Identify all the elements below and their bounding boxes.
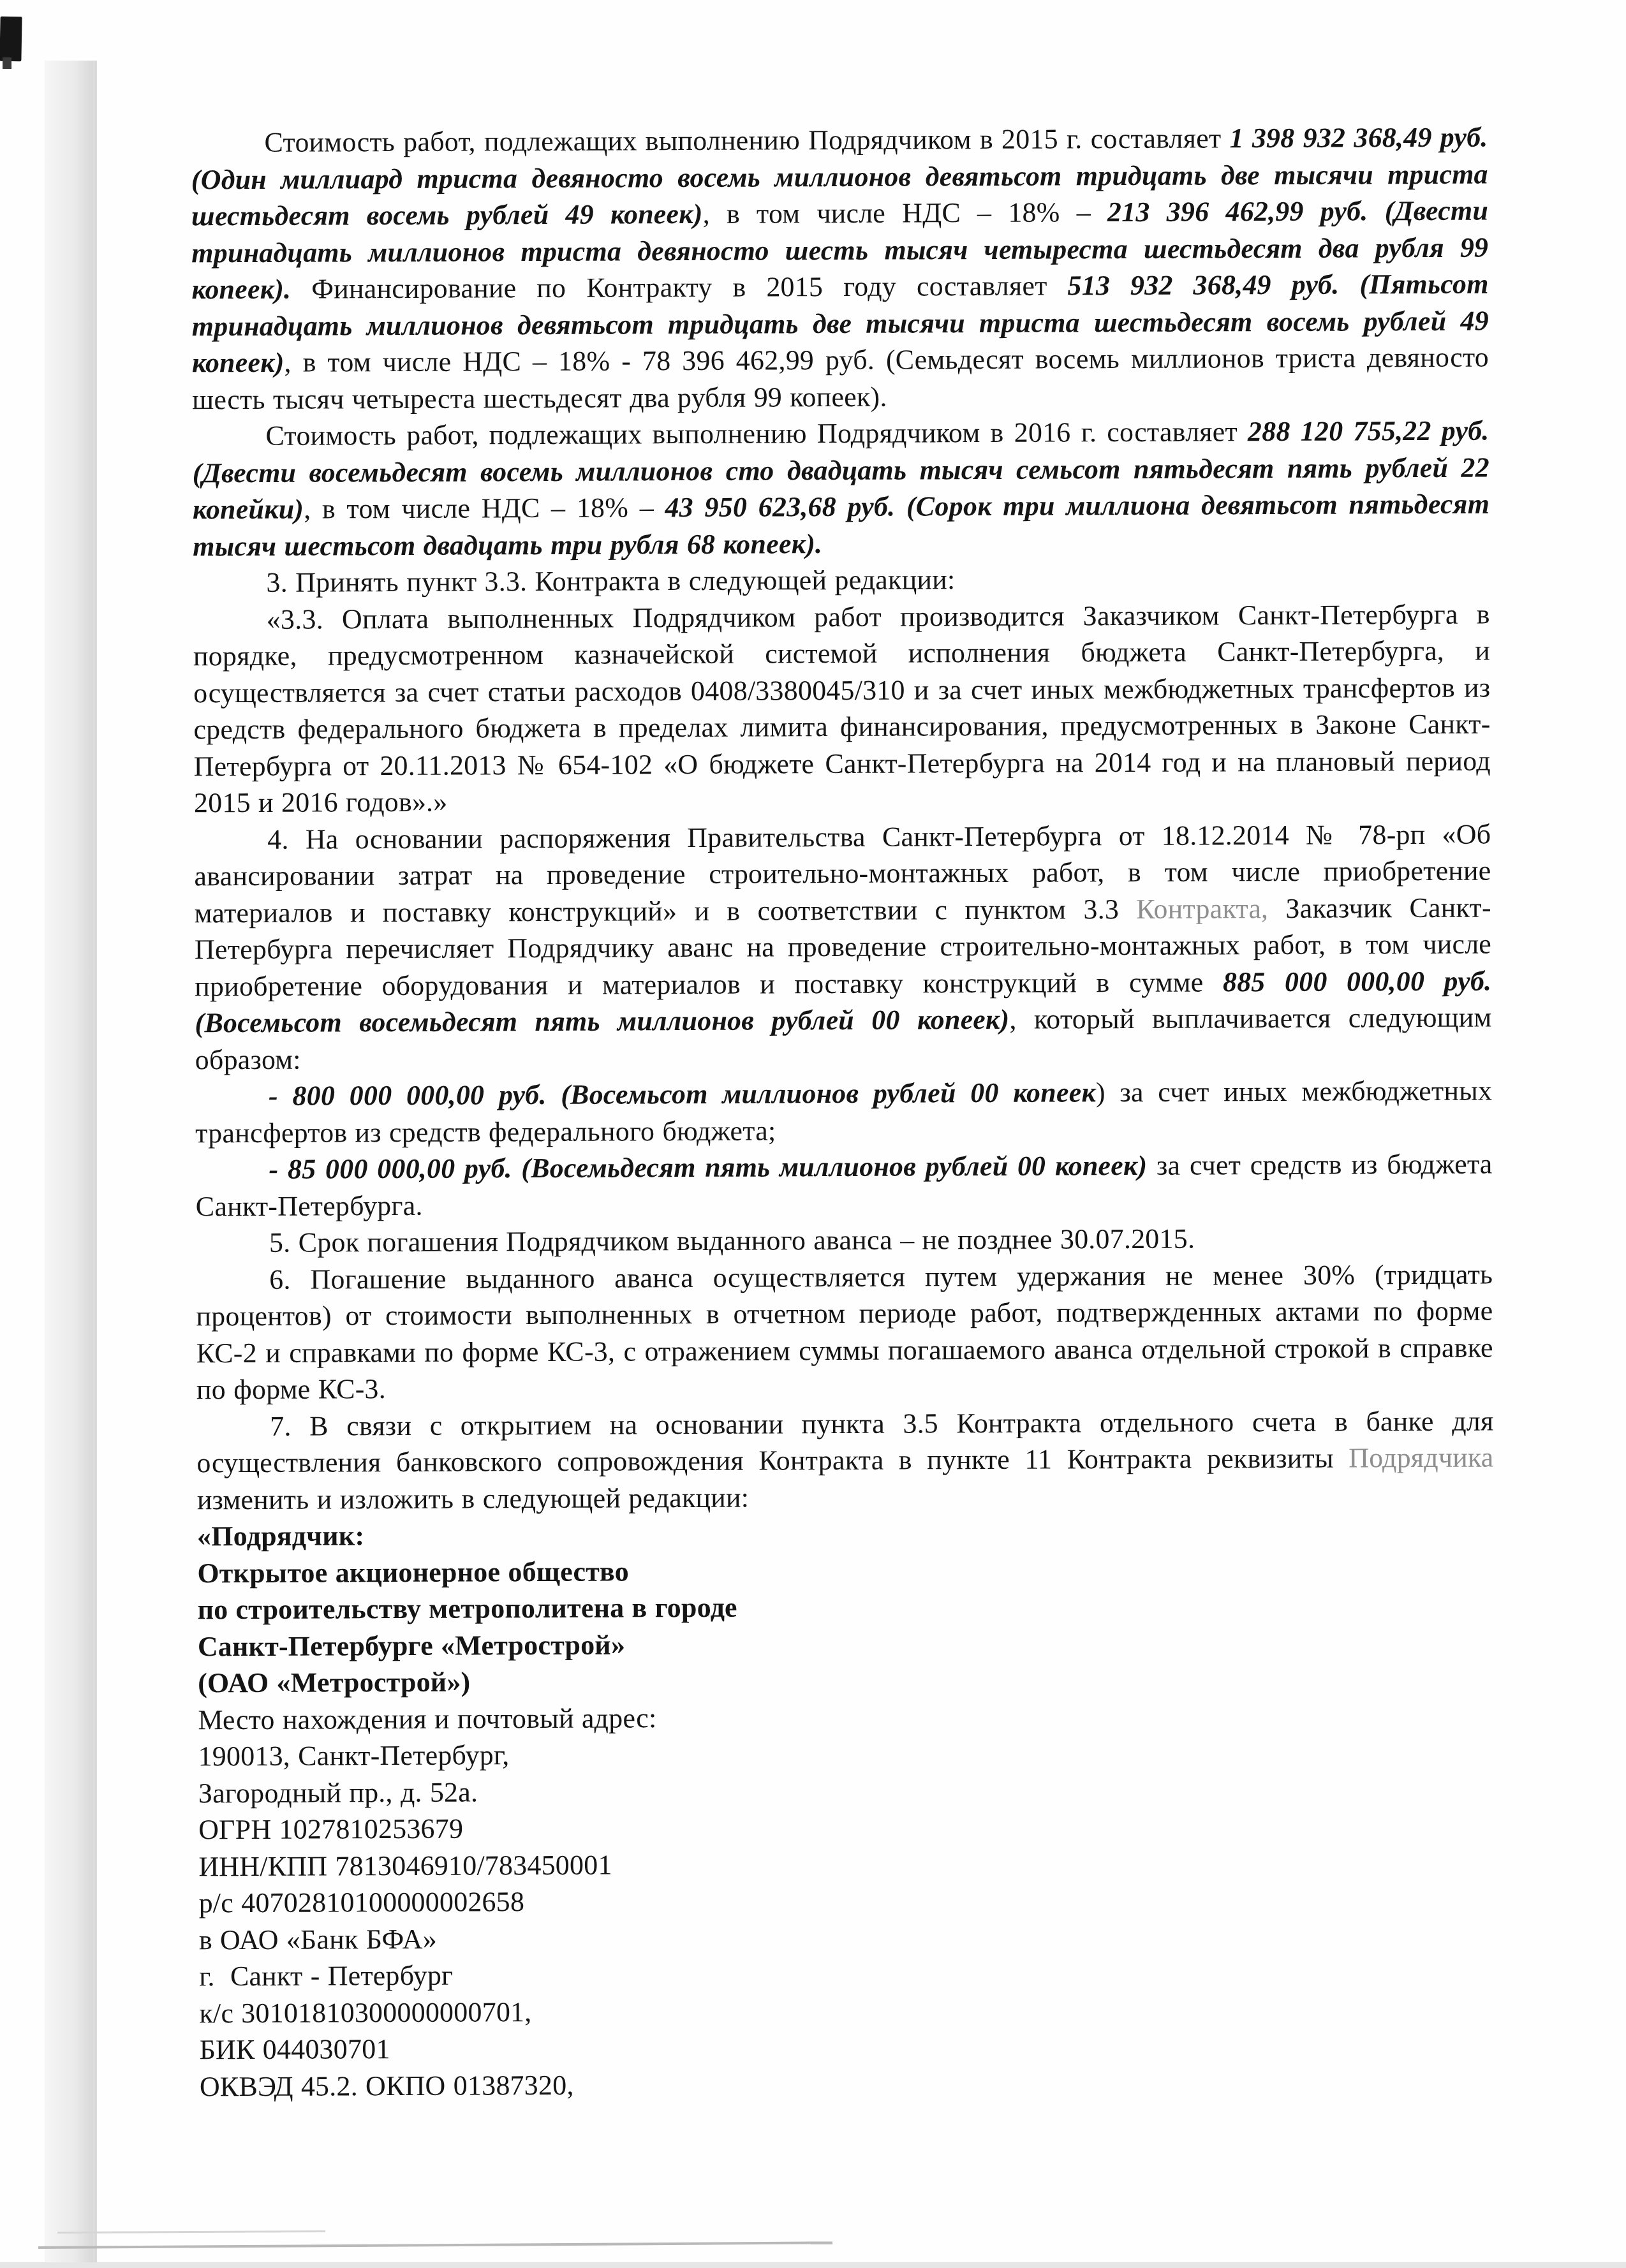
paragraph: 4. На основании распоряжения Правительст… (194, 816, 1492, 1078)
text-run: , в том числе НДС – 18% – (304, 492, 665, 524)
text-run: ОГРН 1027810253679 (198, 1813, 463, 1846)
text-run: Открытое акционерное общество (197, 1556, 629, 1589)
requisite-line: ОГРН 1027810253679 (198, 1806, 1495, 1848)
requisite-line: Открытое акционерное общество (197, 1549, 1494, 1591)
text-run: к/с 30101810300000000701, (199, 1996, 531, 2029)
text-run: ИНН/КПП 7813046910/783450001 (198, 1849, 612, 1882)
paragraph: 5. Срок погашения Подрядчиком выданного … (196, 1219, 1493, 1261)
text-run: ОКВЭД 45.2. ОКПО 01387320, (200, 2069, 574, 2102)
document-text: Стоимость работ, подлежащих выполнению П… (0, 0, 1626, 2106)
requisite-line: «Подрядчик: (197, 1512, 1494, 1554)
requisite-line: к/с 30101810300000000701, (199, 1989, 1496, 2031)
scanned-contract-page: Стоимость работ, подлежащих выполнению П… (0, 0, 1626, 2268)
scan-artifact-bottom-line-faint (57, 2230, 325, 2234)
text-run: - 85 000 000,00 руб. (Восемьдесят пять м… (269, 1150, 1147, 1185)
text-run: Место нахождения и почтовый адрес: (198, 1702, 656, 1735)
text-run: по строительству метрополитена в городе (197, 1592, 737, 1626)
requisite-line: Санкт-Петербурге «Метрострой» (198, 1623, 1495, 1665)
text-run: «Подрядчик: (197, 1520, 364, 1552)
text-run: 5. Срок погашения Подрядчиком выданного … (269, 1223, 1195, 1258)
text-run: Загородный пр., д. 52а. (198, 1776, 478, 1809)
text-run: Контракта, (1136, 893, 1268, 925)
text-run: (ОАО «Метрострой») (198, 1666, 471, 1698)
requisite-line: в ОАО «Банк БФА» (199, 1916, 1496, 1958)
requisite-line: ОКВЭД 45.2. ОКПО 01387320, (200, 2063, 1497, 2105)
text-run: , в том числе НДС – 18% - 78 396 462,99 … (192, 341, 1489, 415)
text-run: Подрядчика (1349, 1441, 1494, 1473)
text-run: Стоимость работ, подлежащих выполнению П… (264, 122, 1229, 158)
paragraph: - 85 000 000,00 руб. (Восемьдесят пять м… (195, 1145, 1492, 1225)
text-run: , в том числе НДС – 18% – (702, 196, 1107, 230)
text-run: г. Санкт - Петербург (199, 1960, 453, 1992)
requisite-line: г. Санкт - Петербург (199, 1952, 1496, 1994)
paragraph: 7. В связи с открытием на основании пунк… (196, 1403, 1494, 1518)
requisite-line: БИК 044030701 (199, 2026, 1496, 2068)
text-run: «3.3. Оплата выполненных Подрядчиком раб… (193, 598, 1491, 818)
paragraph: - 800 000 000,00 руб. (Восемьсот миллион… (195, 1072, 1492, 1151)
paragraph: Стоимость работ, подлежащих выполнению П… (192, 412, 1489, 564)
text-run: Санкт-Петербурге «Метрострой» (198, 1629, 625, 1662)
text-run: 3. Принять пункт 3.3. Контракта в следую… (266, 564, 955, 598)
scan-artifact-bottom-edge (0, 2262, 1626, 2268)
text-run: 7. В связи с открытием на основании пунк… (196, 1405, 1493, 1478)
paragraph: Стоимость работ, подлежащих выполнению П… (191, 119, 1489, 418)
text-run: в ОАО «Банк БФА» (199, 1923, 437, 1955)
text-run: р/с 40702810100000002658 (198, 1886, 524, 1918)
requisite-line: (ОАО «Метрострой») (198, 1659, 1495, 1701)
text-run: 6. Погашение выданного аванса осуществля… (196, 1258, 1493, 1405)
requisite-line: Место нахождения и почтовый адрес: (198, 1696, 1495, 1738)
paragraph: 6. Погашение выданного аванса осуществля… (196, 1256, 1493, 1408)
text-run: БИК 044030701 (199, 2033, 390, 2065)
paragraph: «3.3. Оплата выполненных Подрядчиком раб… (193, 596, 1491, 821)
text-run: изменить и изложить в следующей редакции… (197, 1482, 750, 1515)
requisite-line: 190013, Санкт-Петербург, (198, 1732, 1495, 1774)
text-run: Финансирование по Контракту в 2015 году … (291, 270, 1067, 304)
paragraph: 3. Принять пункт 3.3. Контракта в следую… (193, 559, 1489, 601)
text-run: Стоимость работ, подлежащих выполнению П… (265, 416, 1248, 452)
requisite-line: ИНН/КПП 7813046910/783450001 (198, 1843, 1495, 1885)
scan-artifact-bottom-line (38, 2241, 832, 2249)
requisite-line: Загородный пр., д. 52а. (198, 1769, 1495, 1811)
text-run: - 800 000 000,00 руб. (Восемьсот миллион… (269, 1077, 1096, 1112)
requisite-line: р/с 40702810100000002658 (198, 1879, 1495, 1921)
text-run: 190013, Санкт-Петербург, (198, 1739, 509, 1772)
requisite-line: по строительству метрополитена в городе (197, 1586, 1494, 1628)
